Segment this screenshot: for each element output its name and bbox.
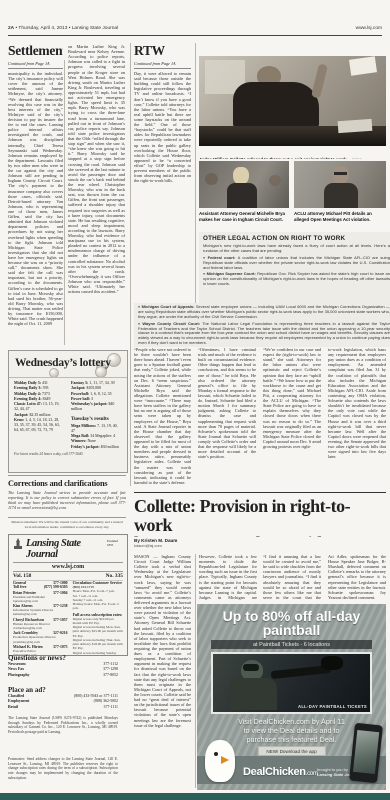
rates-list: Digital access only $10.00 per month wit… <box>73 617 123 657</box>
lottery-right-list: Fantasy 5: 1, 11, 17, 34, 39Jackpot: $10… <box>71 381 122 413</box>
lottery-entry-label: Mega Millions: <box>71 424 96 428</box>
lottery-entry-label: Midday Daily 4: <box>14 392 41 396</box>
lottery-entry: Keno: 1, 4, 5, 14, 18, 21, 28, 33, 35, 3… <box>14 418 65 434</box>
lottery-entry-value: 34 Megaplier: 4 <box>90 434 115 438</box>
lottery-entry-label: Powerball: <box>71 392 89 396</box>
volume-row: Vol. 158 No. 335 <box>13 572 123 581</box>
hours-line: Holiday hours: Mon.-Fri. 8 a.m.-5 p.m. <box>73 602 123 611</box>
folio-header: 2A • Thursday, April 4, 2013 • Lansing S… <box>8 26 382 31</box>
masthead-box: Lansing State Journal Founded 1855 www.l… <box>8 534 128 656</box>
contact-email: jcrumbley@lsj.com <box>13 640 68 644</box>
volume-number: Vol. 158 <box>13 573 31 579</box>
main-photo-caption-row: Judge William Collette refused to throw … <box>199 148 386 159</box>
pitt-caption: ACLU attorney Michael Pitt details an al… <box>294 211 386 229</box>
column-rule <box>195 43 196 345</box>
pitt-suit <box>324 183 358 208</box>
judge-raised-arm <box>311 63 328 98</box>
legal-box-item: » Wayne County Circuit Court: The Nation… <box>138 322 390 346</box>
settlement-article: Settlement Continued from Page 1A munici… <box>8 43 63 345</box>
rtw-article: RTW Continued from Page 1A Day, it were … <box>134 43 191 303</box>
lottery-entry-value: $30 million <box>101 445 119 449</box>
contact-entry: Cheryl Richardson377-1057 Human Resource… <box>13 618 68 630</box>
lottery-entry-value: 1, 11, 17, 34, 39 <box>89 381 114 385</box>
rate-line: Digital access including Mon.-Sun. print… <box>73 625 123 638</box>
legal-box-item: » Michigan Court of Appeals: Several sta… <box>138 305 390 320</box>
lottery-left-column: Midday Daily 3: 431Evening Daily 3: 593M… <box>14 381 65 450</box>
lottery-box: Wednesday’s lottery Midday Daily 3: 431E… <box>8 350 128 473</box>
pitt-photo <box>294 161 386 208</box>
newsstand-row: Newsstand Daily $1.00 Sunday $2.00 <box>8 748 118 756</box>
page-number: 2A <box>8 26 14 31</box>
contact-phone: 377-1004 <box>53 591 68 595</box>
lottery-entry-label: Evening Daily 4: <box>14 397 42 401</box>
contact-phone: 377-1238 <box>53 604 68 608</box>
settlement-col1: municipality is the individual. The city… <box>8 71 63 339</box>
lottery-header: Wednesday’s lottery <box>9 351 127 378</box>
rates-title: Full access subscription rates: <box>73 613 123 617</box>
gun-hopper <box>321 656 343 670</box>
rtw-cont-col2: “Oftentimes, I have criminal trials and … <box>198 347 256 487</box>
masthead-logo: Lansing State Journal <box>26 538 104 560</box>
contact-entry: Jack Crumbley327-0216 Production Operati… <box>13 631 68 643</box>
phone-screen <box>353 730 379 774</box>
lottery-entry: Mega Millions: 7, 13, 19, 40, 47 <box>71 424 122 435</box>
corrections-body: The Lansing State Journal strives to pro… <box>8 490 126 510</box>
questions-title: Questions or news? <box>8 654 118 662</box>
rtw-continued: Continued from Page 1A <box>134 61 191 69</box>
collette-col3: “I find it amusing that a law would be c… <box>263 554 321 600</box>
website-link[interactable]: www.lsj.com <box>356 26 382 31</box>
contact-email: bpriester@lsj.com <box>13 599 68 603</box>
legal-action-box: OTHER LEGAL ACTION ON RIGHT TO WORK Mich… <box>199 232 390 309</box>
download-app-button[interactable]: NEW! Download the app <box>257 746 325 756</box>
circulation-info: Circulation Customer Service (800) 234-1… <box>73 581 123 656</box>
place-ad-list: Classified(800) 433-5943 or 377-1111Empl… <box>8 694 118 710</box>
lottery-entry-value: 1, 6, 8, 12, 35 <box>90 392 111 396</box>
collette-col2: However, Collette took a few moments to … <box>199 554 257 600</box>
lottery-entry-label: Jackpot: <box>14 413 28 417</box>
legal-box-intro: Michigan’s new right-to-work laws have a… <box>203 244 390 254</box>
dealchicken-brand[interactable]: DealChicken.com <box>243 766 318 778</box>
ad-type-phone: 377-1111 <box>104 705 118 710</box>
lottery-entry-label: Jackpot: <box>71 386 85 390</box>
tuesday-results-list: Mega Millions: 7, 13, 19, 40, 47Mega Bal… <box>71 424 122 450</box>
collette-byline-block: By Kristen M. Daum kdaum@lsj.com <box>134 538 254 550</box>
collette-headline-line1: Collette: Provision in right-to-work <box>134 497 386 534</box>
place-ad-title: Place an ad? <box>8 686 118 694</box>
judge-robe <box>233 82 319 128</box>
postmaster-note: Postmaster: Send address changes to the … <box>8 757 118 789</box>
masthead-website[interactable]: www.lsj.com <box>13 563 123 572</box>
lottery-entry-label: Evening Daily 3: <box>14 386 42 390</box>
background-figure <box>205 173 218 185</box>
header-rule <box>8 35 382 36</box>
contact-phone: (877) 599-6305 <box>44 585 68 589</box>
corrections-title: Corrections and clarifications <box>8 479 126 488</box>
rtw-cont-col1: “People who were not ordered to be there… <box>134 347 191 487</box>
contact-entry: Brian Priester377-1004 President and Pub… <box>13 591 68 603</box>
rtw-headline: RTW <box>134 43 191 59</box>
photo-paper-highlight <box>349 56 377 75</box>
place-ad-row: Retail377-1111 <box>8 705 118 710</box>
question-label: Photography <box>8 673 30 678</box>
issue-number: No. 335 <box>106 573 123 579</box>
collette-headline-line2: laws was ‘created to avoid me’ <box>134 534 386 537</box>
rate-line: Digital access only $10.00 per month wit… <box>73 617 123 626</box>
main-photo-caption: Judge William Collette refused to throw … <box>199 157 348 159</box>
capitol-icon <box>13 538 23 550</box>
legal-box-title: OTHER LEGAL ACTION ON RIGHT TO WORK <box>203 235 390 242</box>
contact-name: Toll free <box>13 585 26 589</box>
rate-line: Digital access including Thur.-Sun. prin… <box>73 638 123 651</box>
dealchicken-ad[interactable]: Up to 80% off all-day paintball at Paint… <box>197 604 386 790</box>
lottery-entry-label: Power ball: <box>71 397 90 401</box>
contact-name: Brian Priester <box>13 591 36 595</box>
settlement-continued: Continued from Page 1A <box>8 61 63 69</box>
brya-photo <box>199 161 289 208</box>
lottery-entry-value: 593 <box>43 386 49 390</box>
bench-papers <box>338 119 373 133</box>
article-rule <box>134 492 386 493</box>
goggles <box>243 664 259 671</box>
ad-banner-sub: at Paintball Tickets - 6 locations <box>211 640 372 649</box>
player-torso <box>229 678 277 710</box>
contact-email: kahrens@lsj.com <box>13 612 68 616</box>
rtw-cont-col3: “We’re confident in our case and expect … <box>263 347 321 487</box>
ad-photo-caption: ALL-DAY PAINTBALL TICKETS <box>298 704 367 709</box>
lottery-right-column: Fantasy 5: 1, 11, 17, 34, 39Jackpot: $10… <box>71 381 122 450</box>
collette-headline: Collette: Provision in right-to-work law… <box>134 497 386 537</box>
pitt-glasses <box>334 172 347 175</box>
lottery-entry-label: Winners: <box>71 439 87 443</box>
mission-statement: Mission statement: We will be the truste… <box>8 520 126 532</box>
section-rule <box>8 517 126 518</box>
background-figure <box>269 175 281 186</box>
questions-list: Newsroom377-1112News Fax377-1298Photogra… <box>8 662 118 678</box>
brya-shoulders <box>227 183 257 208</box>
questions-row: Photography377-8052 <box>8 673 118 678</box>
lottery-entry-value: 3 <box>91 397 93 401</box>
lottery-title: Wednesday’s lottery <box>15 357 111 369</box>
ad-type-label: Retail <box>8 705 18 710</box>
brya-caption: Assistant Attorney General Michelle Brya… <box>199 211 289 229</box>
brand-name: DealChicken <box>243 766 306 778</box>
masthead-founded: Founded 1855 <box>107 539 123 547</box>
collette-byline-email: kdaum@lsj.com <box>134 543 254 548</box>
questions-section: Questions or news? Newsroom377-1112News … <box>8 654 118 684</box>
column-rule <box>130 43 131 486</box>
tuesday-results-title: Tuesday’s results <box>71 416 122 423</box>
lottery-entry-value: 431 <box>42 381 48 385</box>
contact-entry: Kim Ahrens377-1238 Information Systems D… <box>13 604 68 616</box>
circulation-hours: Hours: Mon.-Fri. 6 a.m.-7 p.m.Sat. 7 a.m… <box>73 589 123 610</box>
lottery-entry-label: Keno: <box>14 418 24 422</box>
contact-phone: 377-1057 <box>53 618 68 622</box>
contact-email: crichardson@lsj.com <box>13 626 68 630</box>
lottery-entry-label: Friday’s jackpot: <box>71 445 100 449</box>
lottery-entry-value: $2.35 million <box>29 413 50 417</box>
lottery-entry-value: $105,000 <box>86 386 101 390</box>
section-rule <box>8 475 126 476</box>
collette-col1: MASON — Ingham County Circuit Court Judg… <box>134 554 191 788</box>
chicken-beak <box>221 756 229 764</box>
newspaper-page: 2A • Thursday, April 4, 2013 • Lansing S… <box>0 0 390 800</box>
lottery-entry-value: 8449 <box>43 397 51 401</box>
rtw-cont-col4: to-work legislation, which bans any requ… <box>328 347 386 487</box>
lottery-entry-label: Classic Lotto 47: <box>14 402 42 406</box>
masthead-logo-row: Lansing State Journal Founded 1855 <box>13 538 123 563</box>
contact-list: Brian Priester377-1004 President and Pub… <box>13 591 68 657</box>
lottery-entry: Friday’s jackpot: $30 million <box>71 445 122 450</box>
contact-general: General377-1000 Toll free(877) 599-6305 <box>13 581 68 589</box>
lottery-entry: Wednesday’s jackpot: $40 million <box>71 402 122 413</box>
pitt-head <box>332 166 349 184</box>
settlement-col2: on Martin Luther King Jr. Boulevard near… <box>68 44 125 345</box>
folio-date: 2A • Thursday, April 4, 2013 • Lansing S… <box>8 26 118 31</box>
column-rule <box>64 60 65 345</box>
paintball-photo: ALL-DAY PAINTBALL TICKETS <box>211 652 372 714</box>
chicken-mascot-icon <box>205 740 235 782</box>
column-rule <box>195 554 196 788</box>
folio-text: • Thursday, April 4, 2013 • Lansing Stat… <box>15 26 118 31</box>
legal-box-item: » Michigan Supreme Court: Republican Gov… <box>203 272 390 287</box>
lottery-entry-label: Fantasy 5: <box>71 381 88 385</box>
question-phone: 377-8052 <box>103 673 118 678</box>
publication-info: The Lansing State Journal (USPS 0274-974… <box>8 716 118 746</box>
lottery-entry: Classic Lotto 47: 13, 15, 19, 32, 44, 47 <box>14 402 65 413</box>
lottery-entry-label: Midday Daily 3: <box>14 381 41 385</box>
ad-banner-line2: paintball <box>197 622 386 638</box>
ad-banner: Up to 80% off all-day paintball at Paint… <box>197 604 386 649</box>
lottery-entry-value: 7373 <box>42 392 50 396</box>
legal-box-item: » Federal court: A coalition of labor un… <box>203 256 390 271</box>
contact-phone: 377-1075 <box>53 645 68 649</box>
lottery-ball-graphic <box>49 368 59 378</box>
lottery-entry-label: Wednesday’s jackpot: <box>71 402 108 406</box>
corrections-section: Corrections and clarifications The Lansi… <box>8 479 126 515</box>
chicken-eye <box>214 752 218 756</box>
lottery-entry-value: None <box>87 439 95 443</box>
rtw-col1: Day, it were allowed to remain said beca… <box>134 71 191 297</box>
judge-photo <box>199 56 386 146</box>
settlement-headline: Settlement <box>8 43 63 59</box>
collette-col4: Ari Adler, spokesman for the House Speak… <box>328 554 386 600</box>
place-ad-section: Place an ad? Classified(800) 433-5943 or… <box>8 686 118 714</box>
legal-action-box-wrap: » Michigan Court of Appeals: Several sta… <box>134 303 390 347</box>
brand-tld: .com <box>306 771 318 777</box>
masthead-contacts: General377-1000 Toll free(877) 599-6305 … <box>13 581 68 656</box>
lottery-footer: For latest results 24 hours a day, call … <box>9 451 127 459</box>
page-bottom-bar <box>0 793 390 800</box>
lottery-entry-label: Mega Ball: <box>71 434 89 438</box>
